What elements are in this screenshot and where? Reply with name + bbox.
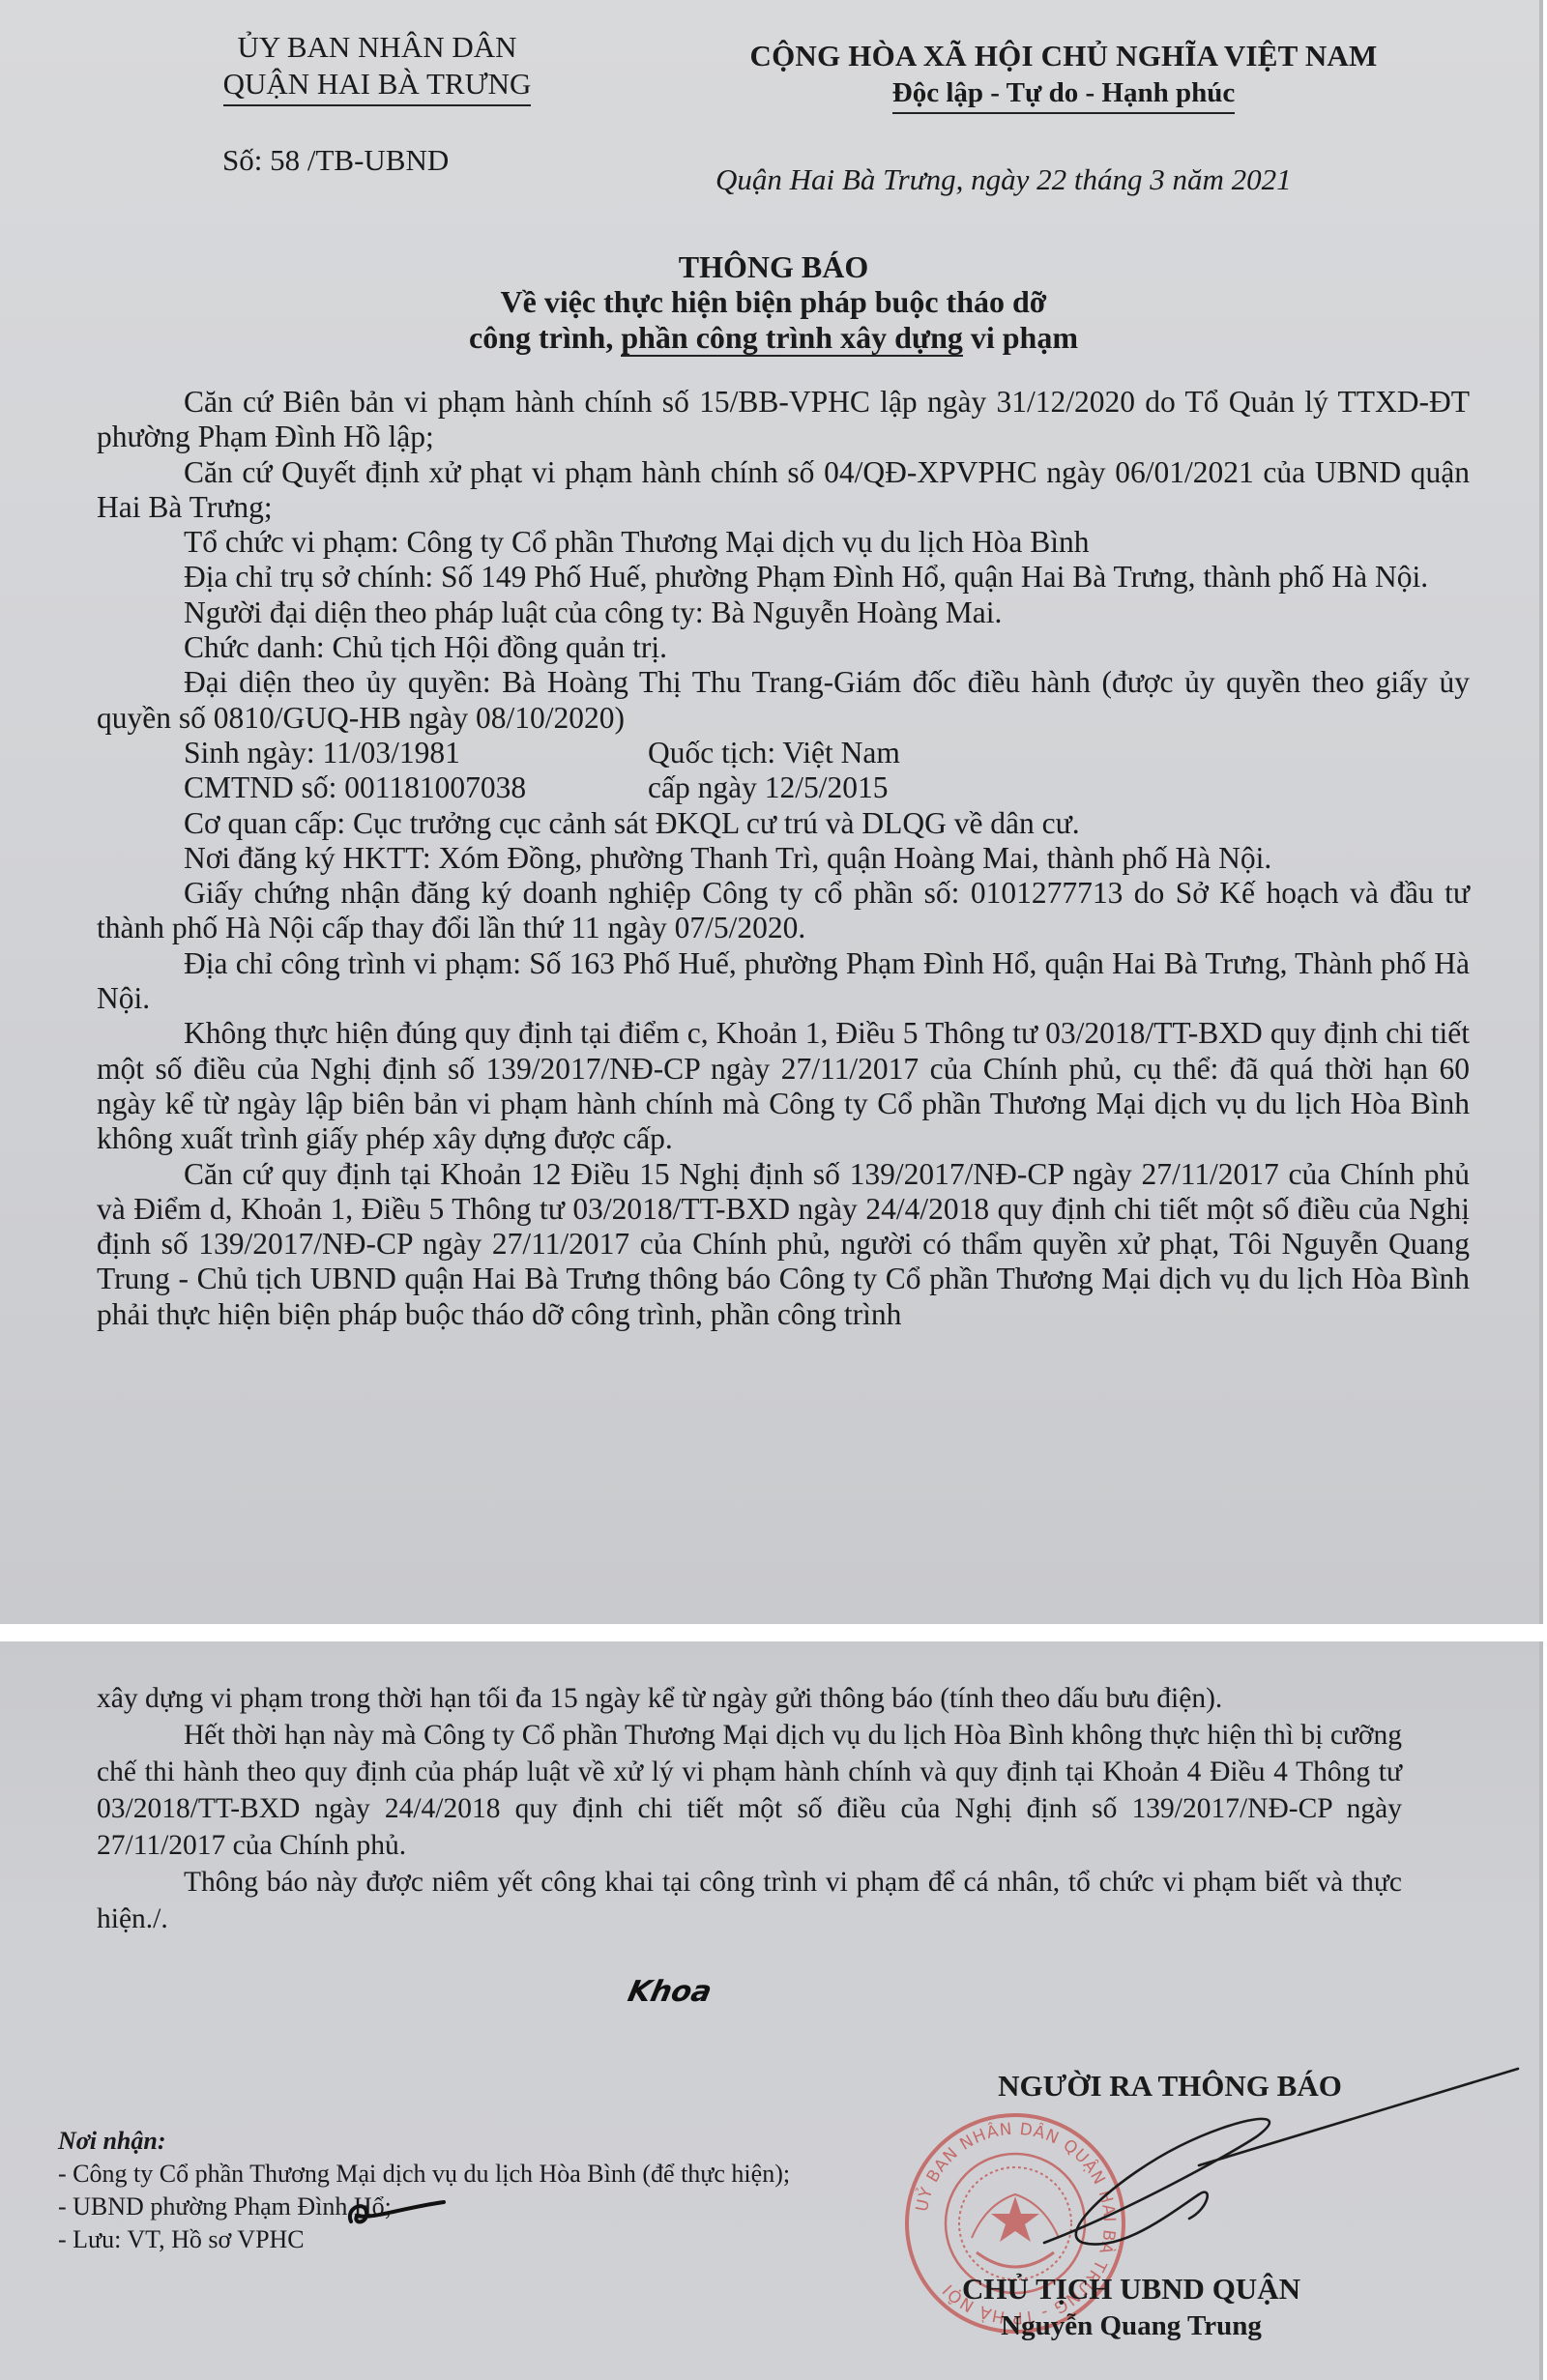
id-row: CMTND số: 001181007038 cấp ngày 12/5/201… bbox=[97, 770, 1470, 805]
page-separator bbox=[0, 1624, 1547, 1641]
document-title: THÔNG BÁO Về việc thực hiện biện pháp bu… bbox=[0, 249, 1547, 356]
country-name: CỘNG HÒA XÃ HỘI CHỦ NGHĨA VIỆT NAM bbox=[677, 37, 1450, 75]
signer-role: CHỦ TỊCH UBND QUẬN bbox=[909, 2272, 1354, 2307]
title-subtitle-1: Về việc thực hiện biện pháp buộc tháo dỡ bbox=[0, 284, 1547, 320]
recipients-block: Nơi nhận: - Công ty Cổ phần Thương Mại d… bbox=[58, 2125, 812, 2256]
paragraph: Chức danh: Chủ tịch Hội đồng quản trị. bbox=[97, 630, 1470, 665]
place-and-date: Quận Hai Bà Trưng, ngày 22 tháng 3 năm 2… bbox=[715, 162, 1292, 197]
paragraph: Hết thời hạn này mà Công ty Cổ phần Thươ… bbox=[97, 1717, 1402, 1864]
paragraph: Thông báo này được niêm yết công khai tạ… bbox=[97, 1864, 1402, 1937]
paragraph: Không thực hiện đúng quy định tại điểm c… bbox=[97, 1016, 1470, 1156]
nationality: Quốc tịch: Việt Nam bbox=[648, 736, 900, 770]
issuer-line-2: QUẬN HAI BÀ TRƯNG bbox=[223, 66, 532, 106]
handwritten-mark-icon bbox=[343, 2194, 450, 2233]
paragraph: Căn cứ Quyết định xử phạt vi phạm hành c… bbox=[97, 455, 1470, 526]
notice-body-page-1: Căn cứ Biên bản vi phạm hành chính số 15… bbox=[97, 385, 1470, 1332]
paragraph: Căn cứ Biên bản vi phạm hành chính số 15… bbox=[97, 385, 1470, 455]
title-subtitle-2: công trình, phần công trình xây dựng vi … bbox=[0, 320, 1547, 356]
subtitle-part: công trình, bbox=[469, 320, 621, 355]
notice-body-page-2: xây dựng vi phạm trong thời hạn tối đa 1… bbox=[97, 1680, 1402, 1937]
recipient-item: - Công ty Cổ phần Thương Mại dịch vụ du … bbox=[58, 2158, 812, 2191]
handwritten-initials: Khoa bbox=[625, 1975, 715, 2009]
paragraph: Người đại diện theo pháp luật của công t… bbox=[97, 595, 1470, 630]
id-issue-date: cấp ngày 12/5/2015 bbox=[648, 770, 888, 805]
issuer-line-1: ỦY BAN NHÂN DÂN bbox=[164, 29, 590, 66]
signature-icon bbox=[1006, 2049, 1528, 2272]
signer-name: Nguyễn Quang Trung bbox=[909, 2310, 1354, 2342]
birth-date: Sinh ngày: 11/03/1981 bbox=[184, 736, 648, 770]
paragraph: Giấy chứng nhận đăng ký doanh nghiệp Côn… bbox=[97, 876, 1470, 946]
national-header: CỘNG HÒA XÃ HỘI CHỦ NGHĨA VIỆT NAM Độc l… bbox=[677, 37, 1450, 114]
document-number: Số: 58 /TB-UBND bbox=[222, 143, 449, 178]
paragraph: Cơ quan cấp: Cục trưởng cục cảnh sát ĐKQ… bbox=[97, 806, 1470, 841]
birth-nationality-row: Sinh ngày: 11/03/1981 Quốc tịch: Việt Na… bbox=[97, 736, 1470, 770]
paragraph: Căn cứ quy định tại Khoản 12 Điều 15 Ngh… bbox=[97, 1157, 1470, 1332]
country-motto: Độc lập - Tự do - Hạnh phúc bbox=[892, 75, 1236, 114]
paragraph: Tổ chức vi phạm: Công ty Cổ phần Thương … bbox=[97, 525, 1470, 560]
subtitle-part: vi phạm bbox=[963, 320, 1078, 355]
paragraph: Nơi đăng ký HKTT: Xóm Đồng, phường Thanh… bbox=[97, 841, 1470, 876]
paragraph: Địa chỉ công trình vi phạm: Số 163 Phố H… bbox=[97, 946, 1470, 1017]
issuer-header: ỦY BAN NHÂN DÂN QUẬN HAI BÀ TRƯNG bbox=[164, 29, 590, 106]
paragraph: Địa chỉ trụ sở chính: Số 149 Phố Huế, ph… bbox=[97, 560, 1470, 595]
id-number: CMTND số: 001181007038 bbox=[184, 770, 648, 805]
subtitle-part-underlined: phần công trình xây dựng bbox=[621, 320, 963, 357]
recipients-label: Nơi nhận: bbox=[58, 2125, 812, 2158]
paragraph: xây dựng vi phạm trong thời hạn tối đa 1… bbox=[97, 1680, 1402, 1717]
paragraph: Đại diện theo ủy quyền: Bà Hoàng Thị Thu… bbox=[97, 665, 1470, 736]
title-main: THÔNG BÁO bbox=[0, 249, 1547, 284]
